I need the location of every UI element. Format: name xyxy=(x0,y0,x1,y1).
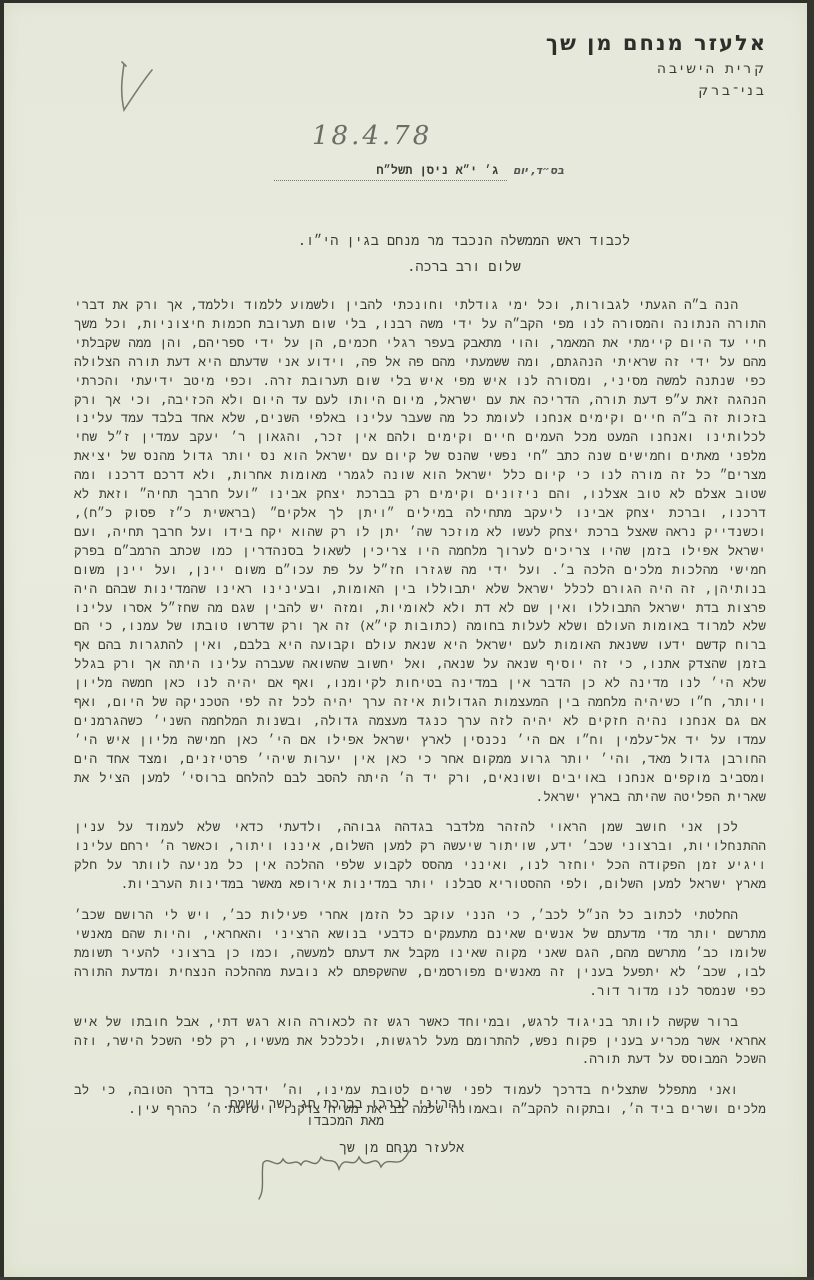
body-paragraph: לכן אני חושב שמן הראוי להזהר מלדבר בגדהה… xyxy=(74,819,766,895)
body-paragraph: ברור שקשה לוותר בניגוד לרגש, ובמיוחד כאש… xyxy=(74,1014,766,1071)
date-prefix: בס״ד, יום xyxy=(513,164,564,177)
scan-edge-right xyxy=(807,0,814,1280)
body-paragraph: הנה ב״ה הגעתי לגבורות, וכל ימי גודלתי וח… xyxy=(74,297,766,807)
handwritten-date: 18.4.78 xyxy=(312,121,432,151)
letter-body: הנה ב״ה הגעתי לגבורות, וכל ימי גודלתי וח… xyxy=(74,297,766,1132)
letterhead-name: אלעזר מנחם מן שך xyxy=(546,31,767,55)
handwritten-signature-icon xyxy=(249,1143,419,1203)
hebrew-date: ג׳ י״א ניסן תשל״ח xyxy=(274,163,507,181)
letterhead-address-1: קרית הישיבה xyxy=(546,61,767,77)
greeting-line: שלום ורב ברכה. xyxy=(254,259,674,276)
letterhead-address-2: בני־ברק xyxy=(546,83,767,99)
addressee-line: לכבוד ראש הממשלה הנכבד מר מנחם בגין הי״ו… xyxy=(254,233,674,250)
closing-from: מאת המכבדו xyxy=(204,1113,464,1130)
date-line: בס״ד, יום ג׳ י״א ניסן תשל״ח xyxy=(274,163,564,181)
letter-page: אלעזר מנחם מן שך קרית הישיבה בני־ברק 18.… xyxy=(4,3,807,1277)
letterhead: אלעזר מנחם מן שך קרית הישיבה בני־ברק xyxy=(546,31,767,99)
closing-blessing: והריני לברכו בברכת חג כשר ושמח. xyxy=(204,1096,464,1113)
handwritten-checkmark-icon xyxy=(112,58,162,118)
body-paragraph: החלטתי לכתוב כל הנ״ל לכב׳, כי הנני עוקב … xyxy=(74,907,766,1002)
